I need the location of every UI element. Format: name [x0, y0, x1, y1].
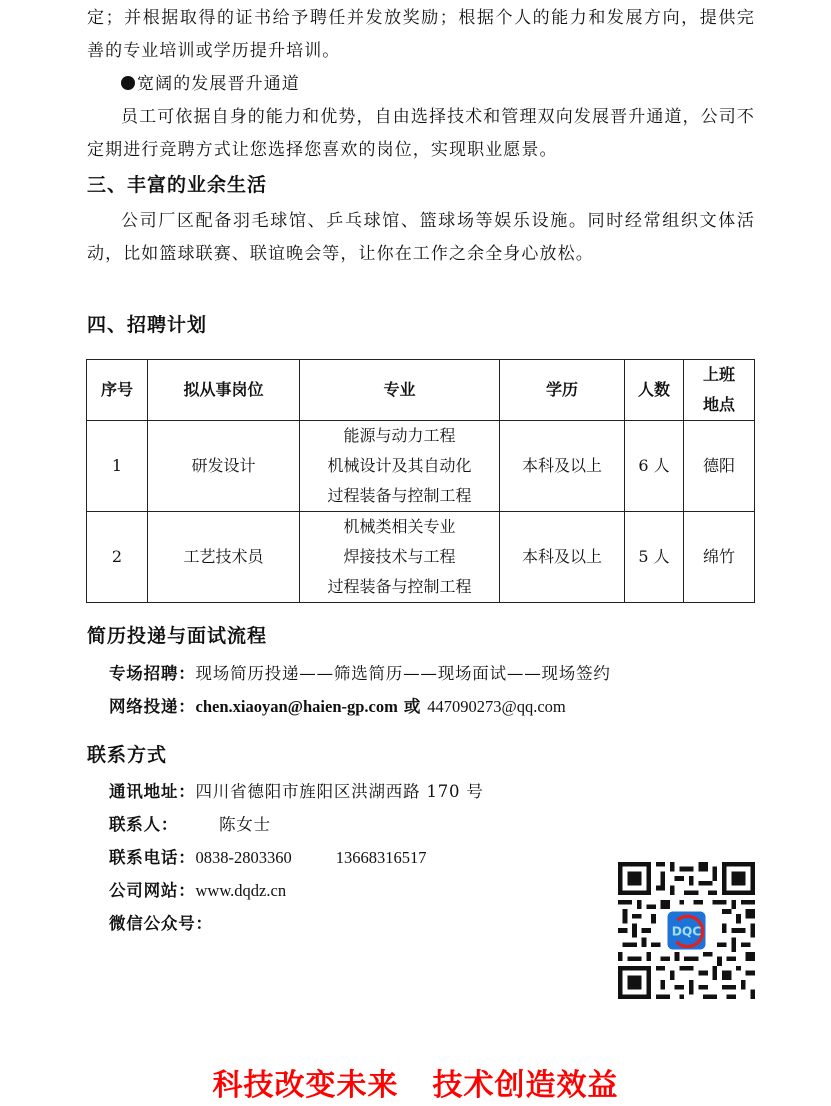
cell-count: 5 人: [625, 512, 684, 603]
cell-location: 绵竹: [684, 512, 755, 603]
career-bullet-label: 宽阔的发展晋升通道: [137, 74, 300, 94]
slogan-banner: 科技改变未来技术创造效益: [0, 1060, 831, 1104]
table-header-row: 序号 拟从事岗位 专业 学历 人数 上班 地点: [87, 360, 755, 421]
header-count: 人数: [625, 360, 684, 421]
phone-value-landline: 0838-2803360: [196, 848, 292, 867]
svg-text:DQC: DQC: [672, 925, 702, 939]
major-item: 焊接技术与工程: [300, 542, 499, 572]
header-location-line2: 地点: [684, 390, 754, 420]
cell-position: 研发设计: [148, 421, 300, 512]
cell-majors: 能源与动力工程 机械设计及其自动化 过程装备与控制工程: [300, 421, 500, 512]
phone-label: 联系电话：: [109, 848, 196, 867]
person-label: 联系人：: [109, 808, 219, 841]
header-location: 上班 地点: [684, 360, 755, 421]
table-row: 2 工艺技术员 机械类相关专业 焊接技术与工程 过程装备与控制工程 本科及以上 …: [87, 512, 755, 603]
cell-no: 1: [87, 421, 148, 512]
email-link-secondary[interactable]: 447090273@qq.com: [427, 697, 565, 716]
phone-value-mobile: 13668316517: [336, 848, 427, 867]
table-row: 1 研发设计 能源与动力工程 机械设计及其自动化 过程装备与控制工程 本科及以上…: [87, 421, 755, 512]
career-bullet: 宽阔的发展晋升通道: [87, 68, 755, 101]
website-label: 公司网站：: [109, 881, 196, 900]
header-location-line1: 上班: [684, 360, 754, 390]
section-heading-process: 简历投递与面试流程: [87, 622, 755, 650]
major-item: 机械设计及其自动化: [300, 451, 499, 481]
header-education: 学历: [500, 360, 625, 421]
onsite-row: 专场招聘：现场简历投递——筛选简历——现场面试——现场签约: [87, 657, 755, 690]
section-process: 简历投递与面试流程 专场招聘：现场简历投递——筛选简历——现场面试——现场签约 …: [87, 622, 755, 723]
cell-location: 德阳: [684, 421, 755, 512]
email-link-primary[interactable]: chen.xiaoyan@haien-gp.com: [196, 697, 398, 716]
onsite-value: 现场简历投递——筛选简历——现场面试——现场签约: [196, 664, 611, 683]
training-paragraph-tail: 定；并根据取得的证书给予聘任并发放奖励；根据个人的能力和发展方向，提供完善的专业…: [87, 2, 755, 68]
leisure-paragraph: 公司厂区配备羽毛球馆、乒乓球馆、篮球场等娱乐设施。同时经常组织文体活动，比如篮球…: [87, 205, 755, 271]
cell-no: 2: [87, 512, 148, 603]
or-text: 或: [404, 697, 421, 716]
person-value: 陈女士: [219, 815, 271, 834]
section-heading-contact: 联系方式: [87, 741, 755, 769]
contact-address-row: 通讯地址：四川省德阳市旌阳区洪湖西路 170 号: [109, 775, 755, 808]
onsite-label: 专场招聘：: [109, 664, 196, 683]
cell-position: 工艺技术员: [148, 512, 300, 603]
bullet-icon: [121, 76, 135, 90]
qr-code-graphic: DQC: [618, 862, 755, 999]
cell-education: 本科及以上: [500, 421, 625, 512]
address-value: 四川省德阳市旌阳区洪湖西路 170 号: [196, 782, 484, 801]
major-item: 过程装备与控制工程: [300, 572, 499, 602]
address-label: 通讯地址：: [109, 782, 196, 801]
wechat-label: 微信公众号：: [109, 914, 213, 933]
online-row: 网络投递：chen.xiaoyan@haien-gp.com 或 4470902…: [87, 690, 755, 723]
header-position: 拟从事岗位: [148, 360, 300, 421]
slogan-right: 技术创造效益: [433, 1060, 619, 1104]
contact-person-row: 联系人：陈女士: [109, 808, 755, 841]
recruitment-table: 序号 拟从事岗位 专业 学历 人数 上班 地点 1 研发设计 能源与动力工程 机…: [86, 359, 755, 603]
cell-majors: 机械类相关专业 焊接技术与工程 过程装备与控制工程: [300, 512, 500, 603]
section-recruitment: 四、招聘计划: [87, 311, 755, 339]
major-item: 能源与动力工程: [300, 421, 499, 451]
cell-count: 6 人: [625, 421, 684, 512]
major-item: 过程装备与控制工程: [300, 481, 499, 511]
online-label: 网络投递：: [109, 697, 196, 716]
section-leisure: 三、丰富的业余生活 公司厂区配备羽毛球馆、乒乓球馆、篮球场等娱乐设施。同时经常组…: [87, 171, 755, 271]
website-link[interactable]: www.dqdz.cn: [196, 881, 287, 900]
cell-education: 本科及以上: [500, 512, 625, 603]
career-paragraph: 员工可依据自身的能力和优势，自由选择技术和管理双向发展晋升通道，公司不定期进行竞…: [87, 101, 755, 167]
section-heading-recruitment: 四、招聘计划: [87, 311, 755, 339]
wechat-qr-code-icon[interactable]: DQC: [618, 862, 755, 999]
header-no: 序号: [87, 360, 148, 421]
intro-block: 定；并根据取得的证书给予聘任并发放奖励；根据个人的能力和发展方向，提供完善的专业…: [87, 2, 755, 167]
header-major: 专业: [300, 360, 500, 421]
slogan-left: 科技改变未来: [213, 1060, 399, 1104]
major-item: 机械类相关专业: [300, 512, 499, 542]
section-heading-leisure: 三、丰富的业余生活: [87, 171, 755, 199]
